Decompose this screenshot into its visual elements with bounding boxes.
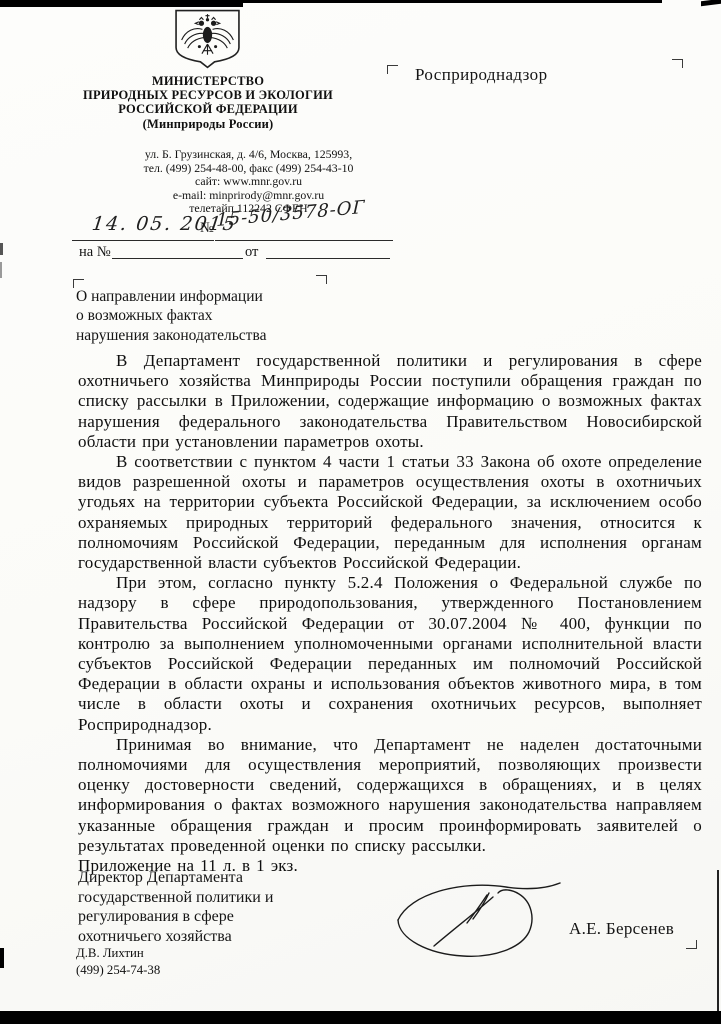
executor-phone: (499) 254-74-38	[76, 962, 160, 979]
corner-mark-top-left-icon	[387, 65, 398, 74]
ministry-name-line: РОССИЙСКОЙ ФЕДЕРАЦИИ	[40, 102, 376, 116]
letter-body: В Департамент государственной политики и…	[78, 351, 702, 876]
ministry-name-line: (Минприроды России)	[40, 117, 376, 131]
subject-line: нарушения законодательства	[76, 326, 346, 345]
number-underline	[215, 240, 393, 241]
reply-from-underline	[266, 258, 390, 259]
subject-line: о возможных фактах	[76, 306, 346, 325]
executor-block: Д.В. Лихтин (499) 254-74-38	[76, 945, 160, 979]
ministry-name-line: МИНИСТЕРСТВО	[40, 74, 376, 88]
scan-artifact-top-blob	[0, 0, 243, 7]
scan-artifact-top-right	[701, 0, 721, 6]
signer-position-line: государственной политики и	[78, 888, 368, 908]
signer-position-line: Директор Департамента	[78, 868, 368, 888]
signer-position-block: Директор Департамента государственной по…	[78, 868, 368, 946]
coat-of-arms-icon	[172, 8, 243, 71]
scan-artifact-left-edge-1	[0, 243, 3, 255]
scan-artifact-left-edge-2	[0, 262, 2, 278]
body-paragraph: В соответствии с пунктом 4 части 1 стать…	[78, 452, 702, 573]
body-paragraph: Принимая во внимание, что Департамент не…	[78, 735, 702, 856]
signer-position-line: охотничьего хозяйства	[78, 927, 368, 947]
scan-artifact-right-edge-line	[717, 870, 719, 1012]
address-line: тел. (499) 254-48-00, факс (499) 254-43-…	[85, 162, 412, 176]
recipient-name: Росприроднадзор	[415, 65, 547, 85]
address-line: сайт: www.mnr.gov.ru	[85, 175, 412, 189]
address-line: ул. Б. Грузинская, д. 4/6, Москва, 12599…	[85, 148, 412, 162]
signer-position-line: регулирования в сфере	[78, 907, 368, 927]
ministry-name-block: МИНИСТЕРСТВО ПРИРОДНЫХ РЕСУРСОВ И ЭКОЛОГ…	[40, 74, 376, 131]
reply-from-label: от	[245, 244, 258, 261]
number-sign-label: №	[200, 220, 214, 237]
subject-block: О направлении информации о возможных фак…	[76, 287, 346, 345]
signer-name: А.Е. Берсенев	[569, 919, 674, 939]
reply-number-underline	[112, 258, 243, 259]
executor-name: Д.В. Лихтин	[76, 945, 160, 962]
body-paragraph: При этом, согласно пункту 5.2.4 Положени…	[78, 573, 702, 735]
reply-number-label: на №	[79, 244, 111, 261]
scanned-letter-page: МИНИСТЕРСТВО ПРИРОДНЫХ РЕСУРСОВ И ЭКОЛОГ…	[0, 0, 721, 1024]
corner-mark-bottom-right-icon	[686, 940, 697, 949]
corner-mark-top-right-icon	[672, 59, 683, 68]
scan-artifact-bottom-bar	[0, 1011, 721, 1024]
date-underline	[72, 240, 214, 241]
corner-mark-subject-right-icon	[316, 275, 327, 284]
scan-artifact-left-edge-3	[0, 948, 4, 968]
ministry-name-line: ПРИРОДНЫХ РЕСУРСОВ И ЭКОЛОГИИ	[40, 88, 376, 102]
subject-line: О направлении информации	[76, 287, 346, 306]
signature-icon	[390, 876, 564, 970]
body-paragraph: В Департамент государственной политики и…	[78, 351, 702, 452]
